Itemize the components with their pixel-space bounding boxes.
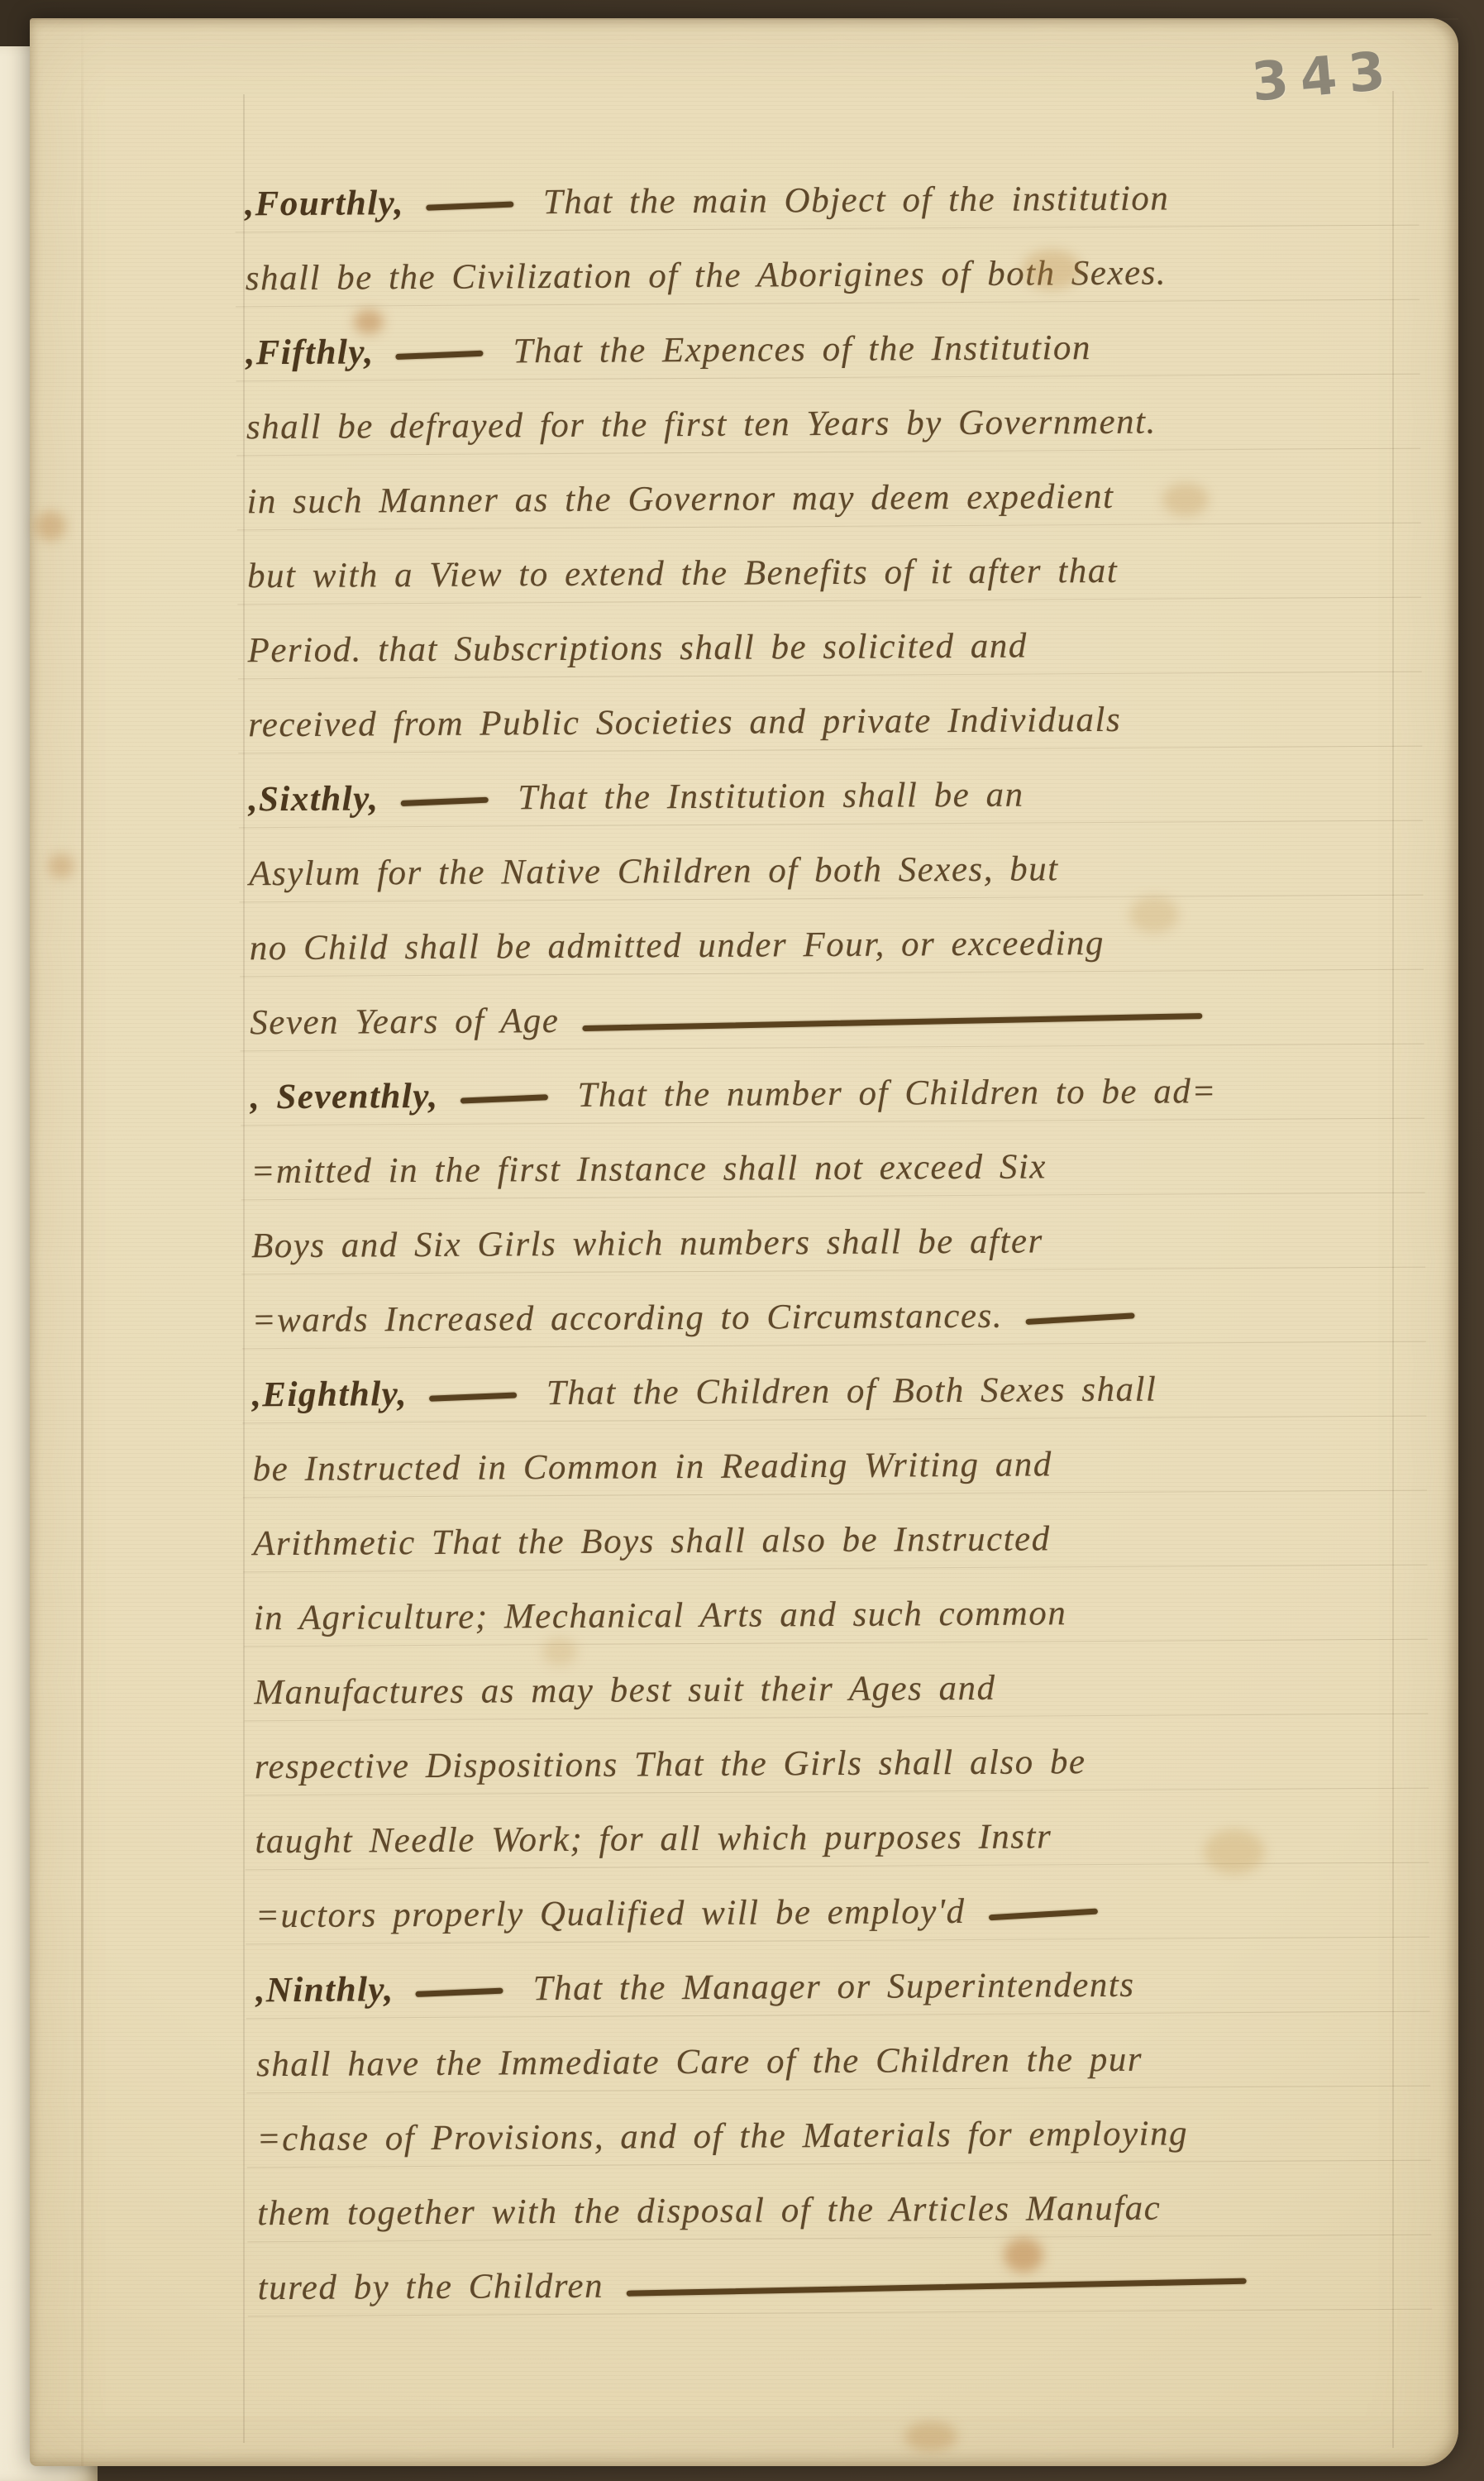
item-label: , Seventhly,: [251, 1077, 439, 1116]
line-text: taught Needle Work; for all which purpos…: [255, 1817, 1052, 1861]
dash-stroke: [429, 1392, 517, 1401]
manuscript-line: ,Fifthly,That the Expences of the Instit…: [246, 311, 1405, 393]
manuscript-line: Boys and Six Girls which numbers shall b…: [251, 1204, 1411, 1286]
manuscript-line: Asylum for the Native Children of both S…: [249, 832, 1409, 914]
line-text: in Agriculture; Mechanical Arts and such…: [254, 1594, 1067, 1637]
line-text: Manufactures as may best suit their Ages…: [254, 1669, 996, 1712]
item-label: ,Fifthly,: [246, 332, 375, 372]
manuscript-line: , Seventhly,That the number of Children …: [251, 1055, 1410, 1137]
dash-stroke: [426, 201, 513, 210]
manuscript-line: ,Eighthly,That the Children of Both Sexe…: [252, 1353, 1412, 1435]
manuscript-line: received from Public Societies and priva…: [248, 683, 1408, 765]
manuscript-line: shall be defrayed for the first ten Year…: [246, 385, 1406, 467]
line-text: Period. that Subscriptions shall be soli…: [247, 627, 1027, 671]
item-label: ,Eighthly,: [252, 1374, 408, 1414]
item-label: ,Sixthly,: [249, 779, 379, 819]
line-text: Asylum for the Native Children of both S…: [249, 849, 1059, 893]
manuscript-scan: 343 ,Fourthly,That the main Object of th…: [0, 0, 1484, 2481]
manuscript-line: =wards Increased according to Circumstan…: [251, 1279, 1411, 1360]
manuscript-page: 343 ,Fourthly,That the main Object of th…: [30, 18, 1458, 2466]
page-crease: [81, 18, 84, 2466]
ink-rule: [1026, 1312, 1135, 1325]
manuscript-line: in such Manner as the Governor may deem …: [246, 460, 1406, 542]
line-text: That the main Object of the institution: [543, 179, 1170, 222]
line-text: shall be the Civilization of the Aborigi…: [246, 253, 1167, 298]
dash-stroke: [416, 1987, 503, 1996]
manuscript-line: Arithmetic That the Boys shall also be I…: [253, 1502, 1413, 1584]
manuscript-line: respective Dispositions That the Girls s…: [255, 1725, 1415, 1807]
dash-stroke: [396, 350, 484, 359]
manuscript-line: Period. that Subscriptions shall be soli…: [247, 609, 1407, 691]
ink-rule: [989, 1908, 1098, 1920]
manuscript-line: ,Sixthly,That the Institution shall be a…: [248, 758, 1408, 839]
margin-line-left: [243, 94, 245, 2443]
manuscript-line: =chase of Provisions, and of the Materia…: [256, 2097, 1416, 2179]
manuscript-line: Seven Years of Age: [250, 981, 1410, 1063]
line-text: =uctors properly Qualified will be emplo…: [255, 1892, 966, 1935]
line-text: respective Dispositions That the Girls s…: [255, 1742, 1086, 1786]
line-text: shall be defrayed for the first ten Year…: [246, 403, 1157, 447]
manuscript-line: in Agriculture; Mechanical Arts and such…: [253, 1576, 1413, 1658]
line-text: That the Expences of the Institution: [513, 328, 1092, 370]
manuscript-line: ,Ninthly,That the Manager or Superintend…: [255, 1948, 1415, 2030]
manuscript-line: shall be the Civilization of the Aborigi…: [246, 237, 1405, 318]
item-label: ,Ninthly,: [255, 1970, 394, 2010]
manuscript-line: no Child shall be admitted under Four, o…: [250, 906, 1410, 988]
manuscript-line: them together with the disposal of the A…: [257, 2172, 1417, 2254]
line-text: Boys and Six Girls which numbers shall b…: [251, 1221, 1043, 1265]
manuscript-line: tured by the Children: [257, 2246, 1417, 2328]
line-text: received from Public Societies and priva…: [248, 700, 1121, 744]
manuscript-line: =mitted in the first Instance shall not …: [251, 1130, 1410, 1212]
foxing-stain: [48, 853, 74, 878]
line-text: =chase of Provisions, and of the Materia…: [256, 2114, 1188, 2158]
folio-number: 343: [1249, 40, 1399, 113]
line-text: That the Children of Both Sexes shall: [546, 1370, 1157, 1413]
manuscript-line: be Instructed in Common in Reading Writi…: [252, 1427, 1412, 1509]
manuscript-line: =uctors properly Qualified will be emplo…: [255, 1874, 1415, 1956]
line-text: =mitted in the first Instance shall not …: [251, 1147, 1047, 1191]
line-text: tured by the Children: [258, 2267, 604, 2308]
line-text: That the number of Children to be ad=: [577, 1072, 1217, 1115]
foxing-stain: [904, 2421, 957, 2451]
line-text: That the Institution shall be an: [518, 776, 1024, 818]
line-text: them together with the disposal of the A…: [257, 2189, 1161, 2234]
manuscript-line: shall have the Immediate Care of the Chi…: [256, 2023, 1416, 2105]
line-text: Seven Years of Age: [250, 1001, 559, 1042]
manuscript-line: but with a View to extend the Benefits o…: [247, 534, 1407, 616]
ink-rule: [627, 2278, 1247, 2296]
manuscript-line: Manufactures as may best suit their Ages…: [254, 1651, 1414, 1733]
line-text: no Child shall be admitted under Four, o…: [250, 924, 1105, 968]
line-text: be Instructed in Common in Reading Writi…: [253, 1445, 1052, 1489]
line-text: shall have the Immediate Care of the Chi…: [256, 2040, 1143, 2085]
line-text: but with a View to extend the Benefits o…: [247, 552, 1118, 595]
manuscript-line: ,Fourthly,That the main Object of the in…: [245, 162, 1405, 244]
line-text: in such Manner as the Governor may deem …: [246, 477, 1114, 521]
text-block: ,Fourthly,That the main Object of the in…: [245, 162, 1417, 2328]
line-text: Arithmetic That the Boys shall also be I…: [253, 1519, 1051, 1563]
line-text: =wards Increased according to Circumstan…: [251, 1297, 1003, 1341]
item-label: ,Fourthly,: [245, 184, 404, 223]
margin-line-top: [30, 18, 1458, 20]
line-text: That the Manager or Superintendents: [533, 1966, 1135, 2008]
dash-stroke: [400, 796, 488, 805]
manuscript-line: taught Needle Work; for all which purpos…: [255, 1800, 1415, 1881]
ink-rule: [582, 1013, 1202, 1031]
foxing-stain: [35, 511, 66, 541]
dash-stroke: [460, 1094, 547, 1103]
